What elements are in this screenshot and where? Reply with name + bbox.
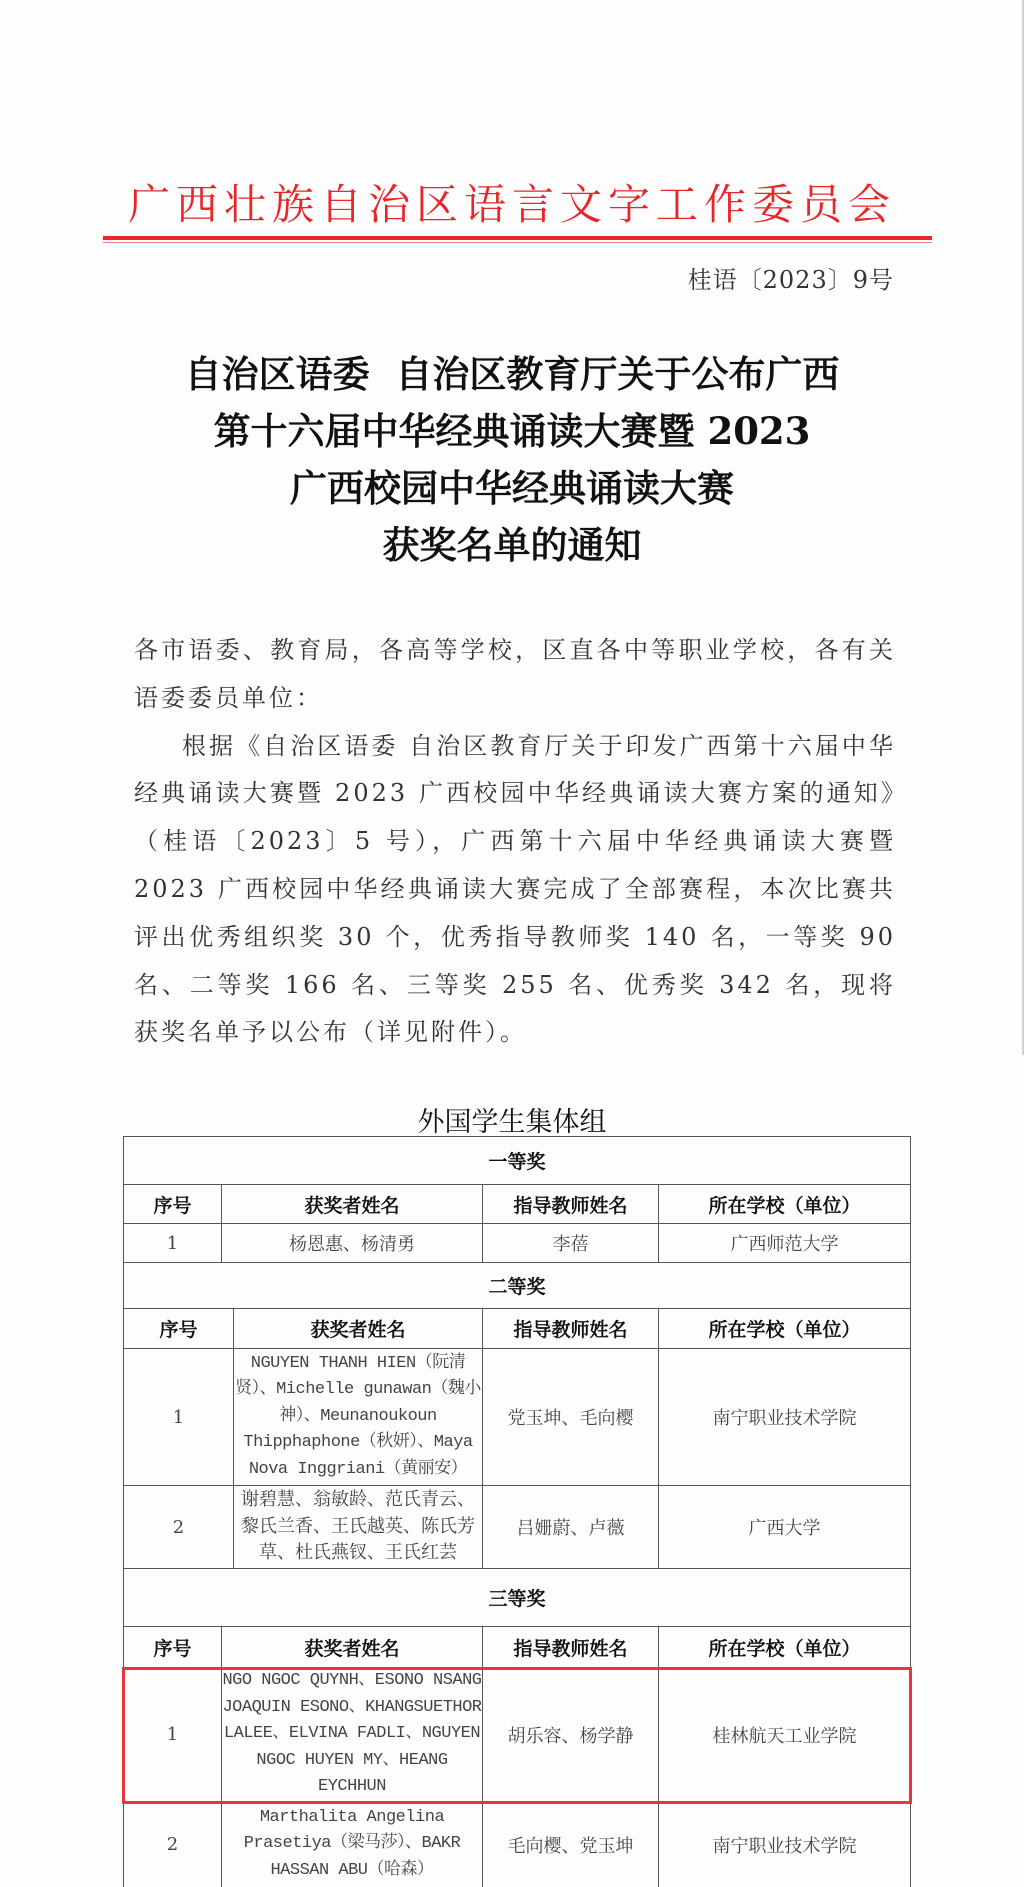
title-line: 广西校园中华经典诵读大赛 bbox=[0, 460, 1024, 517]
red-divider bbox=[103, 236, 932, 240]
cell-school: 南宁职业技术学院 bbox=[659, 1802, 911, 1887]
cell-school: 桂林航天工业学院 bbox=[659, 1668, 911, 1802]
table-row-highlighted: 1 NGO NGOC QUYNH、ESONO NSANG JOAQUIN ESO… bbox=[124, 1668, 911, 1802]
third-prize-table: 三等奖 序号 获奖者姓名 指导教师姓名 所在学校（单位） 1 NGO NGOC … bbox=[123, 1568, 911, 1887]
third-prize-label: 三等奖 bbox=[124, 1569, 911, 1627]
cell-school: 广西大学 bbox=[659, 1486, 911, 1569]
notice-title: 自治区语委 自治区教育厅关于公布广西 第十六届中华经典诵读大赛暨 2023 广西… bbox=[0, 346, 1024, 574]
col-header-winners: 获奖者姓名 bbox=[222, 1185, 483, 1224]
cell-teachers: 党玉坤、毛向樱 bbox=[483, 1349, 659, 1486]
title-line: 第十六届中华经典诵读大赛暨 2023 bbox=[0, 403, 1024, 460]
cell-teachers: 毛向樱、党玉坤 bbox=[483, 1802, 659, 1887]
table-row: 1 NGUYEN THANH HIEN（阮清贤）、Michelle gunawa… bbox=[124, 1349, 911, 1486]
col-header-teachers: 指导教师姓名 bbox=[483, 1309, 659, 1349]
cell-no: 1 bbox=[124, 1349, 234, 1486]
cell-no: 1 bbox=[124, 1224, 222, 1263]
cell-winners: 谢碧慧、翁敏龄、范氏青云、黎氏兰香、王氏越英、陈氏芳草、杜氏燕钗、王氏红芸 bbox=[234, 1486, 483, 1569]
cell-winners: 杨恩惠、杨清勇 bbox=[222, 1224, 483, 1263]
red-divider-thin bbox=[103, 242, 932, 243]
cell-school: 广西师范大学 bbox=[659, 1224, 911, 1263]
second-prize-table: 二等奖 序号 获奖者姓名 指导教师姓名 所在学校（单位） 1 NGUYEN TH… bbox=[123, 1262, 911, 1569]
body-paragraph: 根据《自治区语委 自治区教育厅关于印发广西第十六届中华经典诵读大赛暨 2023 … bbox=[134, 723, 896, 1058]
col-header-school: 所在学校（单位） bbox=[659, 1185, 911, 1224]
cell-school: 南宁职业技术学院 bbox=[659, 1349, 911, 1486]
first-prize-label: 一等奖 bbox=[124, 1137, 911, 1185]
organization-header: 广西壮族自治区语言文字工作委员会 bbox=[0, 172, 1024, 232]
col-header-winners: 获奖者姓名 bbox=[234, 1309, 483, 1349]
col-header-no: 序号 bbox=[124, 1185, 222, 1224]
cell-winners: NGO NGOC QUYNH、ESONO NSANG JOAQUIN ESONO… bbox=[222, 1668, 483, 1802]
table-row: 2 谢碧慧、翁敏龄、范氏青云、黎氏兰香、王氏越英、陈氏芳草、杜氏燕钗、王氏红芸 … bbox=[124, 1486, 911, 1569]
document-number: 桂语〔2023〕9号 bbox=[688, 260, 894, 295]
title-line: 获奖名单的通知 bbox=[0, 517, 1024, 574]
group-title: 外国学生集体组 bbox=[0, 1100, 1024, 1139]
cell-teachers: 吕姗蔚、卢薇 bbox=[483, 1486, 659, 1569]
cell-teachers: 李蓓 bbox=[483, 1224, 659, 1263]
col-header-teachers: 指导教师姓名 bbox=[483, 1627, 659, 1668]
col-header-winners: 获奖者姓名 bbox=[222, 1627, 483, 1668]
cell-winners: NGUYEN THANH HIEN（阮清贤）、Michelle gunawan（… bbox=[234, 1349, 483, 1486]
cell-no: 2 bbox=[124, 1486, 234, 1569]
col-header-teachers: 指导教师姓名 bbox=[483, 1185, 659, 1224]
cell-no: 1 bbox=[124, 1668, 222, 1802]
first-prize-table: 一等奖 序号 获奖者姓名 指导教师姓名 所在学校（单位） 1 杨恩惠、杨清勇 李… bbox=[123, 1136, 911, 1263]
notice-body: 各市语委、教育局，各高等学校，区直各中等职业学校，各有关语委委员单位： 根据《自… bbox=[134, 627, 896, 1057]
cell-winners: Marthalita Angelina Prasetiya（梁马莎）、BAKR … bbox=[222, 1802, 483, 1887]
col-header-school: 所在学校（单位） bbox=[659, 1627, 911, 1668]
cell-teachers: 胡乐容、杨学静 bbox=[483, 1668, 659, 1802]
col-header-school: 所在学校（单位） bbox=[659, 1309, 911, 1349]
second-prize-label: 二等奖 bbox=[124, 1263, 911, 1309]
table-row: 2 Marthalita Angelina Prasetiya（梁马莎）、BAK… bbox=[124, 1802, 911, 1887]
cell-no: 2 bbox=[124, 1802, 222, 1887]
recipients-line: 各市语委、教育局，各高等学校，区直各中等职业学校，各有关语委委员单位： bbox=[134, 627, 896, 723]
col-header-no: 序号 bbox=[124, 1309, 234, 1349]
col-header-no: 序号 bbox=[124, 1627, 222, 1668]
title-line: 自治区语委 自治区教育厅关于公布广西 bbox=[0, 346, 1024, 403]
table-row: 1 杨恩惠、杨清勇 李蓓 广西师范大学 bbox=[124, 1224, 911, 1263]
